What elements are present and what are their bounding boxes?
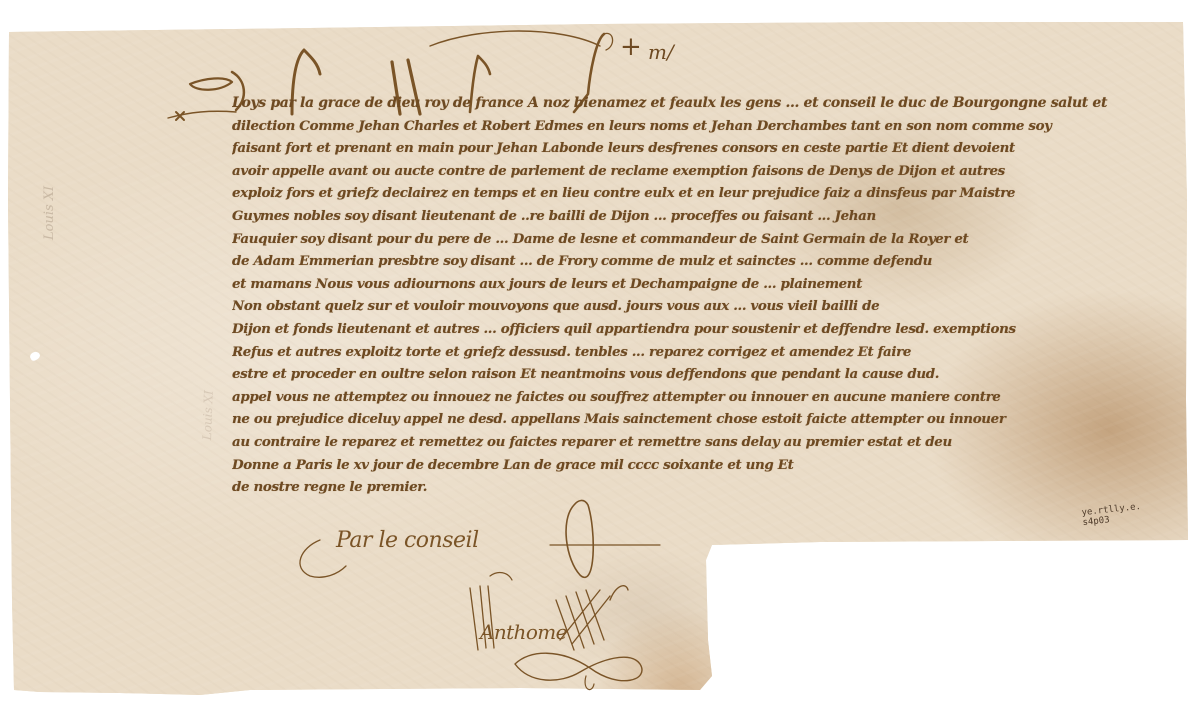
signature-secretary: Anthome xyxy=(480,620,567,644)
signature-flourish-icon xyxy=(0,0,1200,722)
page-canvas: Louis XI Louis XI + m/ Loys par la grace… xyxy=(0,0,1200,722)
